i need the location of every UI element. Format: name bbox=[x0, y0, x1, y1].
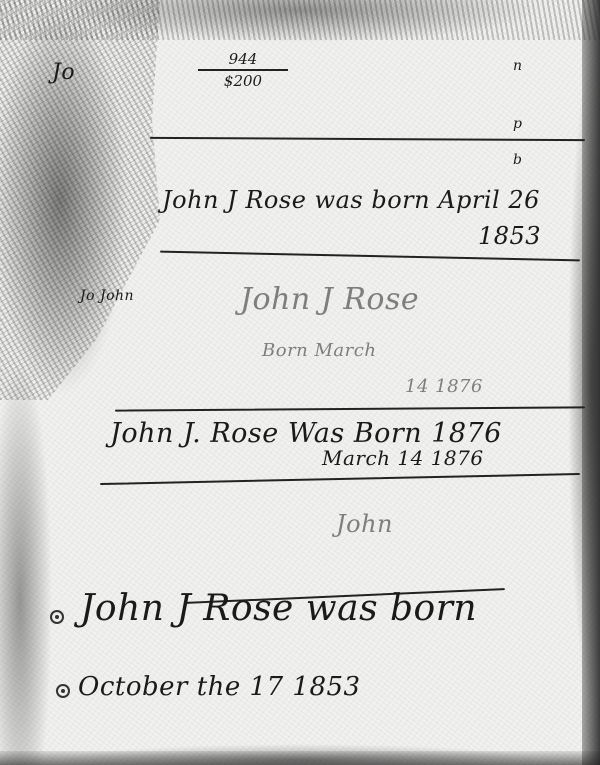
ruled-line bbox=[100, 473, 580, 485]
entry-5-line-2: October the 17 1853 bbox=[78, 672, 361, 702]
fraction-denominator: $200 bbox=[198, 72, 288, 90]
margin-mark-3: b bbox=[513, 152, 522, 168]
entry-2-line-1: John J Rose bbox=[240, 282, 419, 317]
binding-ring-icon bbox=[56, 684, 70, 698]
entry-2-line-3: 14 1876 bbox=[405, 376, 483, 397]
fraction-note: 944 $200 bbox=[198, 50, 288, 90]
ruled-line bbox=[150, 137, 585, 141]
document-page: Jo 944 $200 n p b John J Rose was born A… bbox=[0, 0, 600, 765]
ruled-line bbox=[160, 251, 580, 262]
margin-mark-2: p bbox=[513, 116, 522, 132]
binding-ring-icon bbox=[50, 610, 64, 624]
corner-note: Jo bbox=[52, 60, 75, 85]
scan-stain-left bbox=[0, 0, 160, 400]
entry-5-line-1: John J Rose was born bbox=[80, 588, 477, 629]
scan-shadow-bottom bbox=[0, 751, 600, 765]
entry-3-line-1: John J. Rose Was Born 1876 bbox=[110, 418, 502, 449]
fraction-numerator: 944 bbox=[198, 50, 288, 68]
entry-2-margin: Jo John bbox=[80, 288, 134, 304]
margin-mark-1: n bbox=[513, 58, 523, 74]
scan-shadow-right bbox=[582, 0, 600, 765]
entry-2-line-2: Born March bbox=[262, 340, 376, 361]
entry-3-line-2: March 14 1876 bbox=[322, 446, 484, 470]
entry-1-line-1: John J Rose was born April 26 bbox=[162, 186, 540, 214]
ruled-line bbox=[115, 406, 585, 411]
entry-4-line-1: John bbox=[336, 510, 393, 538]
fraction-bar bbox=[198, 69, 288, 71]
entry-1-line-2: 1853 bbox=[478, 222, 541, 250]
